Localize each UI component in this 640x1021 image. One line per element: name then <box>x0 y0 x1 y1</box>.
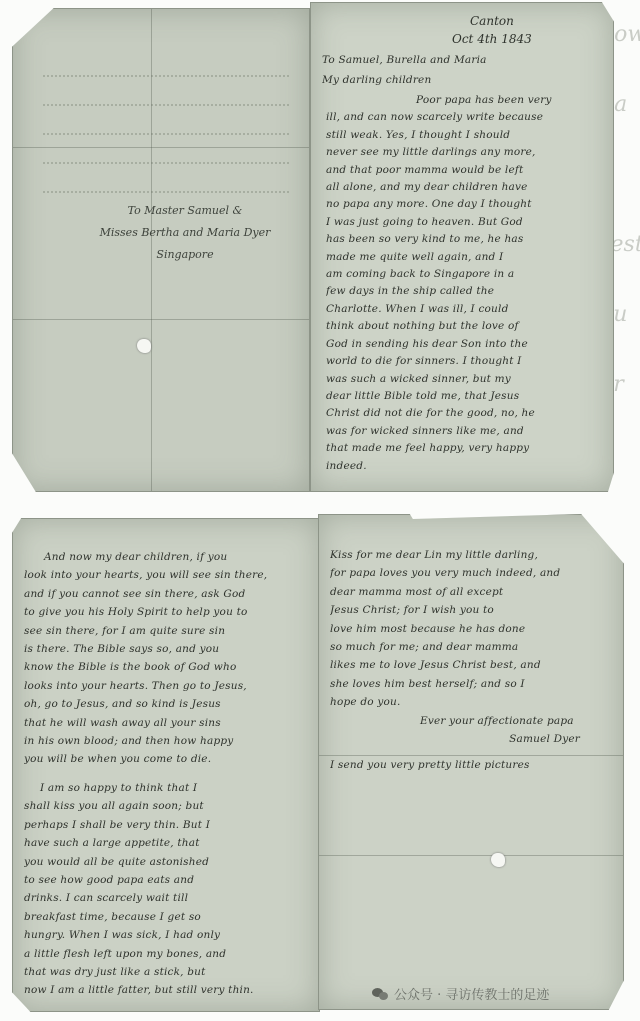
body-line: you will be when you come to die. <box>24 750 314 768</box>
body-line: has been so very kind to me, he has <box>326 231 606 248</box>
body-line: and if you cannot see sin there, ask God <box>24 585 314 603</box>
body-line: likes me to love Jesus Christ best, and <box>330 656 620 674</box>
body-line: no papa any more. One day I thought <box>326 196 606 213</box>
salutation: My darling children <box>322 70 602 90</box>
body-line: oh, go to Jesus, and so kind is Jesus <box>24 695 314 713</box>
body-line: so much for me; and dear mamma <box>330 638 620 656</box>
paper-hole <box>491 853 505 867</box>
letter-header: To Samuel, Burella and Maria My darling … <box>322 50 602 90</box>
body-line: indeed. <box>326 458 606 475</box>
address-line: Singapore <box>70 244 300 266</box>
body-line: to see how good papa eats and <box>24 871 314 889</box>
body-line: in his own blood; and then how happy <box>24 732 314 750</box>
body-line: breakfast time, because I get so <box>24 908 314 926</box>
body-line: that was dry just like a stick, but <box>24 963 314 981</box>
body-line: was for wicked sinners like me, and <box>326 423 606 440</box>
letter-signature: Samuel Dyer <box>330 730 620 748</box>
body-line: dear little Bible told me, that Jesus <box>326 388 606 405</box>
watermark-text: 公众号 · 寻访传教士的足迹 <box>394 984 549 1003</box>
body-line: that he will wash away all your sins <box>24 714 314 732</box>
body-line: am coming back to Singapore in a <box>326 266 606 283</box>
body-line: a little flesh left upon my bones, and <box>24 945 314 963</box>
letter-body-page-3: Kiss for me dear Lin my little darling, … <box>330 546 620 775</box>
paper-hole <box>137 339 151 353</box>
body-line: And now my dear children, if you <box>24 548 314 566</box>
body-line: never see my little darlings any more, <box>326 144 606 161</box>
body-line: now I am a little fatter, but still very… <box>24 981 314 999</box>
recipient-address: To Master Samuel & Misses Bertha and Mar… <box>70 200 300 266</box>
fold-line <box>319 855 623 856</box>
letter-closing: Ever your affectionate papa <box>330 712 620 730</box>
address-line: Misses Bertha and Maria Dyer <box>70 222 300 244</box>
fold-line <box>13 319 309 320</box>
body-line: you would all be quite astonished <box>24 853 314 871</box>
body-line: all alone, and my dear children have <box>326 179 606 196</box>
body-line: know the Bible is the book of God who <box>24 658 314 676</box>
body-line: hope do you. <box>330 693 620 711</box>
body-line: ill, and can now scarcely write because <box>326 109 606 126</box>
address-line: To Master Samuel & <box>70 200 300 222</box>
wechat-icon <box>372 987 390 1001</box>
body-line: Poor papa has been very <box>326 92 606 109</box>
body-line: Charlotte. When I was ill, I could <box>326 301 606 318</box>
body-line: think about nothing but the love of <box>326 318 606 335</box>
faded-show-through-text <box>43 49 289 194</box>
body-line: love him most because he has done <box>330 620 620 638</box>
body-line: look into your hearts, you will see sin … <box>24 566 314 584</box>
body-line: she loves him best herself; and so I <box>330 675 620 693</box>
letter-place: Canton <box>470 14 514 28</box>
watermark: 公众号 · 寻访传教士的足迹 <box>372 984 549 1003</box>
body-line: for papa loves you very much indeed, and <box>330 564 620 582</box>
letter-postscript: I send you very pretty little pictures <box>330 756 620 774</box>
body-line: perhaps I shall be very thin. But I <box>24 816 314 834</box>
letter-body-page-1: Poor papa has been very ill, and can now… <box>326 92 606 475</box>
letter-body-page-2: And now my dear children, if you look in… <box>24 548 314 1000</box>
body-line: dear mamma most of all except <box>330 583 620 601</box>
body-line: I was just going to heaven. But God <box>326 214 606 231</box>
body-line: I am so happy to think that I <box>24 779 314 797</box>
body-line: world to die for sinners. I thought I <box>326 353 606 370</box>
body-line: to give you his Holy Spirit to help you … <box>24 603 314 621</box>
to-line: To Samuel, Burella and Maria <box>322 50 602 70</box>
body-line: Jesus Christ; for I wish you to <box>330 601 620 619</box>
body-line: few days in the ship called the <box>326 283 606 300</box>
body-line: Christ did not die for the good, no, he <box>326 405 606 422</box>
body-line: Kiss for me dear Lin my little darling, <box>330 546 620 564</box>
letter-date: Oct 4th 1843 <box>452 32 532 46</box>
body-line: hungry. When I was sick, I had only <box>24 926 314 944</box>
body-line: is there. The Bible says so, and you <box>24 640 314 658</box>
body-line: see sin there, for I am quite sure sin <box>24 622 314 640</box>
body-line: was such a wicked sinner, but my <box>326 371 606 388</box>
body-line: drinks. I can scarcely wait till <box>24 889 314 907</box>
body-line: God in sending his dear Son into the <box>326 336 606 353</box>
body-line: made me quite well again, and I <box>326 249 606 266</box>
body-line: shall kiss you all again soon; but <box>24 797 314 815</box>
body-line: that made me feel happy, very happy <box>326 440 606 457</box>
body-line: have such a large appetite, that <box>24 834 314 852</box>
body-line: looks into your hearts. Then go to Jesus… <box>24 677 314 695</box>
body-line: still weak. Yes, I thought I should <box>326 127 606 144</box>
body-line: and that poor mamma would be left <box>326 162 606 179</box>
